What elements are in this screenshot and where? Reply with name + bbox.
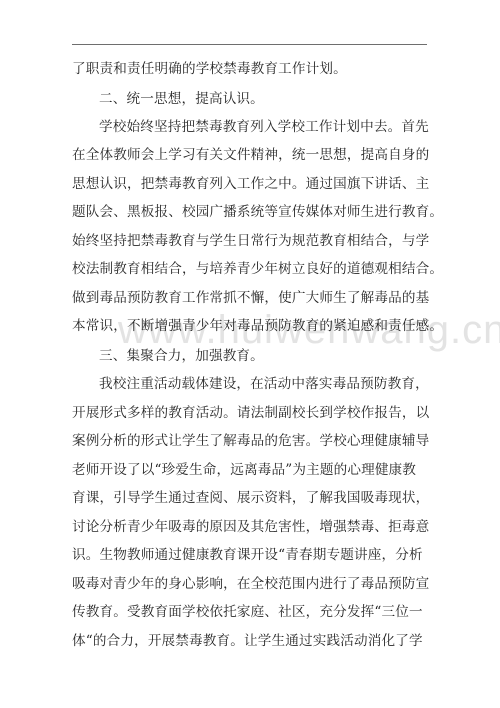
section-heading: 二、统一思想，提高认识。 bbox=[99, 89, 459, 109]
text-line: 学校始终坚持把禁毒教育列入学校工作计划中去。首先 bbox=[99, 117, 459, 137]
text-line: 体“的合力，开展禁毒教育。让学生通过实践活动消化了学 bbox=[72, 631, 432, 651]
text-line: 我校注重活动载体建设，在活动中落实毒品预防教育， bbox=[99, 374, 459, 394]
text-line: 在全体教师会上学习有关文件精神，统一思想，提高自身的 bbox=[72, 145, 432, 165]
text-line: 题队会、黑板报、校园广播系统等宣传媒体对师生进行教育。 bbox=[72, 202, 432, 222]
text-line: 思想认识，把禁毒教育列入工作之中。通过国旗下讲话、主 bbox=[72, 174, 432, 194]
text-line: 校法制教育相结合，与培养青少年树立良好的道德观相结合。 bbox=[72, 259, 432, 279]
text-line: 本常识，不断增强青少年对毒品预防教育的紧迫感和责任感。 bbox=[72, 316, 432, 336]
text-line: 吸毒对青少年的身心影响，在全校范围内进行了毒品预防宣 bbox=[72, 574, 432, 594]
document-page: www.huiwenwang.cn 了职责和责任明确的学校禁毒教育工作计划。 二… bbox=[0, 0, 500, 708]
text-line: 传教育。受教育面学校依托家庭、社区，充分发挥“三位一 bbox=[72, 602, 432, 622]
text-line: 育课，引导学生通过查阅、展示资料，了解我国吸毒现状， bbox=[72, 488, 432, 508]
text-line: 了职责和责任明确的学校禁毒教育工作计划。 bbox=[72, 59, 432, 79]
text-line: 老师开设了以“珍爱生命，远离毒品”为主题的心理健康教 bbox=[72, 460, 432, 480]
text-line: 讨论分析青少年吸毒的原因及其危害性，增强禁毒、拒毒意 bbox=[72, 517, 432, 537]
section-heading: 三、集聚合力，加强教育。 bbox=[99, 346, 459, 366]
text-line: 案例分析的形式让学生了解毒品的危害。学校心理健康辅导 bbox=[72, 431, 432, 451]
text-line: 做到毒品预防教育工作常抓不懈，使广大师生了解毒品的基 bbox=[72, 288, 432, 308]
text-line: 识。生物教师通过健康教育课开设“青春期专题讲座，分析 bbox=[72, 545, 432, 565]
text-line: 始终坚持把禁毒教育与学生日常行为规范教育相结合，与学 bbox=[72, 231, 432, 251]
text-line: 开展形式多样的教育活动。请法制副校长到学校作报告，以 bbox=[72, 403, 432, 423]
document-body: 了职责和责任明确的学校禁毒教育工作计划。 二、统一思想，提高认识。 学校始终坚持… bbox=[0, 0, 500, 708]
